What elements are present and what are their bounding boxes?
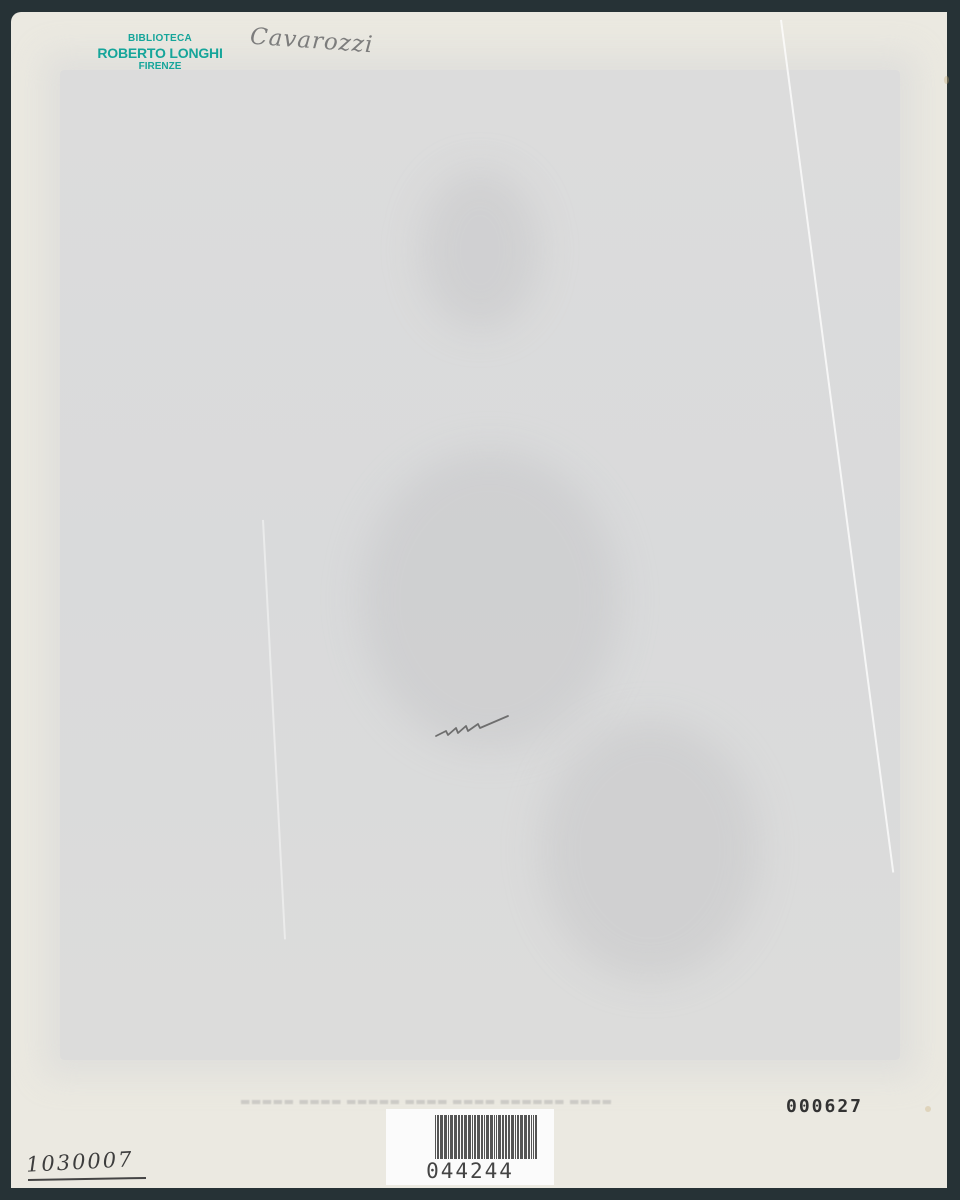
photo-show-through-area: [60, 70, 900, 1060]
ghost-figure: [420, 170, 540, 330]
stamp-line-1: BIBLIOTECA: [96, 33, 224, 45]
foxing-spot: [944, 76, 949, 84]
sheet-edge: [11, 855, 14, 1188]
stamp-line-2: ROBERTO LONGHI: [96, 45, 224, 61]
barcode-icon: [435, 1115, 539, 1159]
stamped-number: 000627: [786, 1096, 863, 1117]
library-stamp: BIBLIOTECA ROBERTO LONGHI FIRENZE: [96, 33, 224, 72]
pencil-scribble-icon: [432, 712, 512, 742]
ghost-figure: [540, 720, 760, 980]
show-through-caption: ▬▬▬▬▬ ▬▬▬▬ ▬▬▬▬▬ ▬▬▬▬ ▬▬▬▬ ▬▬▬▬▬▬ ▬▬▬▬: [240, 1095, 613, 1108]
barcode-number: 044244: [386, 1159, 554, 1183]
barcode-label: 044244: [386, 1109, 554, 1185]
foxing-spot: [925, 1106, 931, 1112]
ghost-figure: [360, 450, 620, 750]
stamp-line-3: FIRENZE: [96, 61, 224, 73]
